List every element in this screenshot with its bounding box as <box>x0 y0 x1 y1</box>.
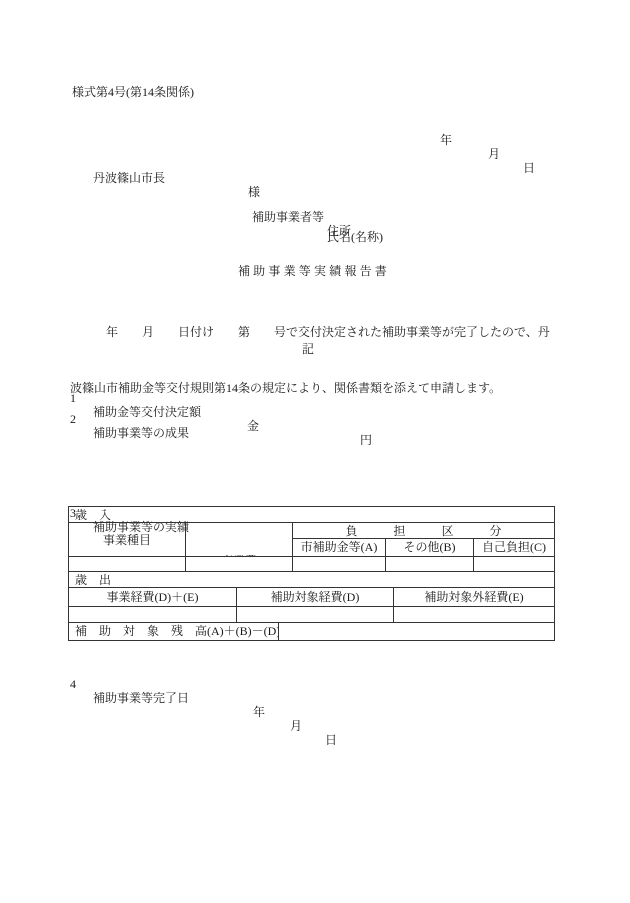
item-4-month: 月 <box>290 719 302 733</box>
revenue-cell-other <box>386 557 474 571</box>
revenue-cell-self <box>474 557 554 571</box>
revenue-input-row <box>69 557 554 572</box>
col-cost-header-line1: 事業費 <box>186 553 292 556</box>
addressee-name: 丹波篠山市長 <box>93 171 165 185</box>
revenue-cell-city-subsidy <box>293 557 386 571</box>
document-page: 様式第4号(第14条関係) 年 月 日 丹波篠山市長 様 補助事業者等 住所 氏… <box>0 0 630 903</box>
expense-input-row <box>69 607 554 623</box>
burden-header: 負 担 区 分 <box>293 523 554 539</box>
item-4: 4 補助事業等完了日 年 月 日 <box>70 663 610 761</box>
item-4-label: 補助事業等完了日 <box>93 691 189 705</box>
col-cost-header: 事業費 (A)＋(B)＋(C) <box>186 523 293 556</box>
balance-label: 補 助 対 象 残 高(A)＋(B)－(D) <box>69 623 279 640</box>
burden-col-city-subsidy: 市補助金等(A) <box>293 539 386 556</box>
ki-marker: 記 <box>0 342 616 356</box>
revenue-cell-cost <box>186 557 293 571</box>
item-2-label: 補助事業等の成果 <box>93 426 189 440</box>
burden-col-other: その他(B) <box>386 539 474 556</box>
item-4-year: 年 <box>253 705 265 719</box>
expense-cell-noneligible <box>394 607 554 622</box>
balance-row: 補 助 対 象 残 高(A)＋(B)－(D) <box>69 623 554 640</box>
item-4-day: 日 <box>325 733 337 747</box>
expense-header-row: 事業経費(D)＋(E) 補助対象経費(D) 補助対象外経費(E) <box>69 588 554 607</box>
exp-col-total: 事業経費(D)＋(E) <box>69 588 237 606</box>
item-2: 2 補助事業等の成果 <box>70 398 610 454</box>
burden-header-group: 負 担 区 分 市補助金等(A) その他(B) 自己負担(C) <box>293 523 554 556</box>
item-2-number: 2 <box>70 412 76 426</box>
expense-cell-total <box>69 607 237 622</box>
body-paragraph-line1: 年 月 日付け 第 号で交付決定された補助事業等が完了したので、丹 <box>70 323 570 342</box>
expense-section-row: 歳 出 <box>69 572 554 588</box>
revenue-header-row: 事業種目 事業費 (A)＋(B)＋(C) 負 担 区 分 市補助金等(A) その… <box>69 523 554 557</box>
applicant-name-label: 氏名(名称) <box>327 230 383 244</box>
col-project-header: 事業種目 <box>69 523 186 556</box>
revenue-cell-project <box>69 557 186 571</box>
expense-cell-eligible <box>237 607 394 622</box>
exp-col-noneligible: 補助対象外経費(E) <box>394 588 554 606</box>
revenue-section-row: 歳 入 <box>69 507 554 523</box>
results-table: 歳 入 事業種目 事業費 (A)＋(B)＋(C) 負 担 区 分 市補助金等(A… <box>68 506 555 641</box>
expense-section-label: 歳 出 <box>69 572 554 587</box>
burden-col-self: 自己負担(C) <box>474 539 554 556</box>
form-number: 様式第4号(第14条関係) <box>72 85 194 99</box>
revenue-section-label: 歳 入 <box>69 507 554 522</box>
item-4-number: 4 <box>70 677 76 691</box>
issue-date-year: 年 <box>440 133 452 147</box>
balance-cell-value <box>279 623 554 640</box>
exp-col-eligible: 補助対象経費(D) <box>237 588 394 606</box>
